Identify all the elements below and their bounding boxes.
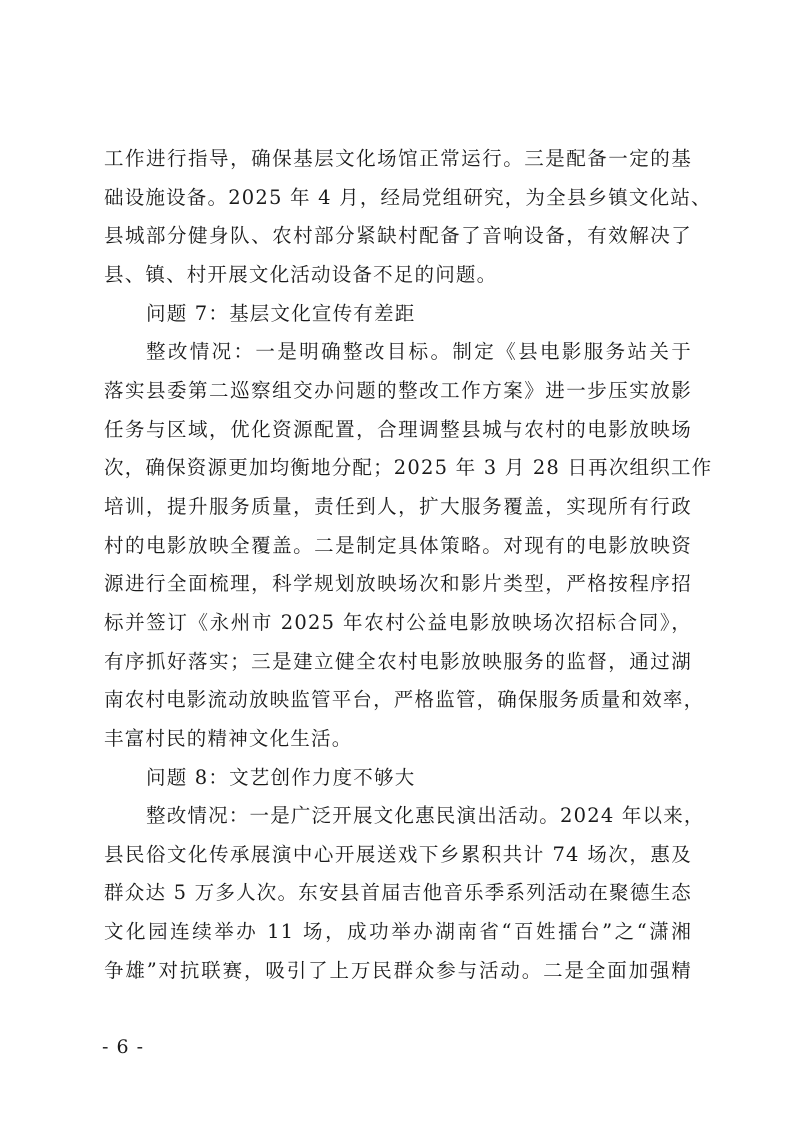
text-line: 工作进行指导，确保基层文化场馆正常运行。三是配备一定的基 (104, 140, 692, 179)
text-line: 群众达 5 万多人次。东安县首届吉他音乐季系列活动在聚德生态 (104, 874, 692, 913)
text-line: 丰富村民的精神文化生活。 (104, 720, 692, 759)
text-line: 有序抓好落实；三是建立健全农村电影放映服务的监督，通过湖 (104, 643, 692, 682)
text-line: 整改情况：一是广泛开展文化惠民演出活动。2024 年以来， (104, 797, 692, 836)
text-line: 础设施设备。2025 年 4 月，经局党组研究，为全县乡镇文化站、 (104, 179, 692, 218)
text-line: 县民俗文化传承展演中心开展送戏下乡累积共计 74 场次，惠及 (104, 836, 692, 875)
text-line: 落实县委第二巡察组交办问题的整改工作方案》进一步压实放影 (104, 372, 692, 411)
text-line: 县、镇、村开展文化活动设备不足的问题。 (104, 256, 692, 295)
page-number: - 6 - (102, 1036, 144, 1058)
text-line: 文化园连续举办 11 场，成功举办湖南省“百姓擂台”之“潇湘 (104, 913, 692, 952)
text-line: 培训，提升服务质量，责任到人，扩大服务覆盖，实现所有行政 (104, 488, 692, 527)
text-line: 任务与区域，优化资源配置，合理调整县城与农村的电影放映场 (104, 411, 692, 450)
issue-8-heading: 问题 8：文艺创作力度不够大 (104, 759, 692, 798)
text-line: 县城部分健身队、农村部分紧缺村配备了音响设备，有效解决了 (104, 217, 692, 256)
document-body: 工作进行指导，确保基层文化场馆正常运行。三是配备一定的基 础设施设备。2025 … (104, 140, 692, 990)
text-line: 源进行全面梳理，科学规划放映场次和影片类型，严格按程序招 (104, 565, 692, 604)
text-line: 次，确保资源更加均衡地分配；2025 年 3 月 28 日再次组织工作 (104, 449, 692, 488)
text-line: 标并签订《永州市 2025 年农村公益电影放映场次招标合同》， (104, 604, 692, 643)
text-line: 南农村电影流动放映监管平台，严格监管，确保服务质量和效率， (104, 681, 692, 720)
issue-7-heading: 问题 7：基层文化宣传有差距 (104, 295, 692, 334)
text-line: 村的电影放映全覆盖。二是制定具体策略。对现有的电影放映资 (104, 527, 692, 566)
text-line: 争雄”对抗联赛，吸引了上万民群众参与活动。二是全面加强精 (104, 952, 692, 991)
document-page: 工作进行指导，确保基层文化场馆正常运行。三是配备一定的基 础设施设备。2025 … (0, 0, 793, 1122)
text-line: 整改情况：一是明确整改目标。制定《县电影服务站关于 (104, 333, 692, 372)
